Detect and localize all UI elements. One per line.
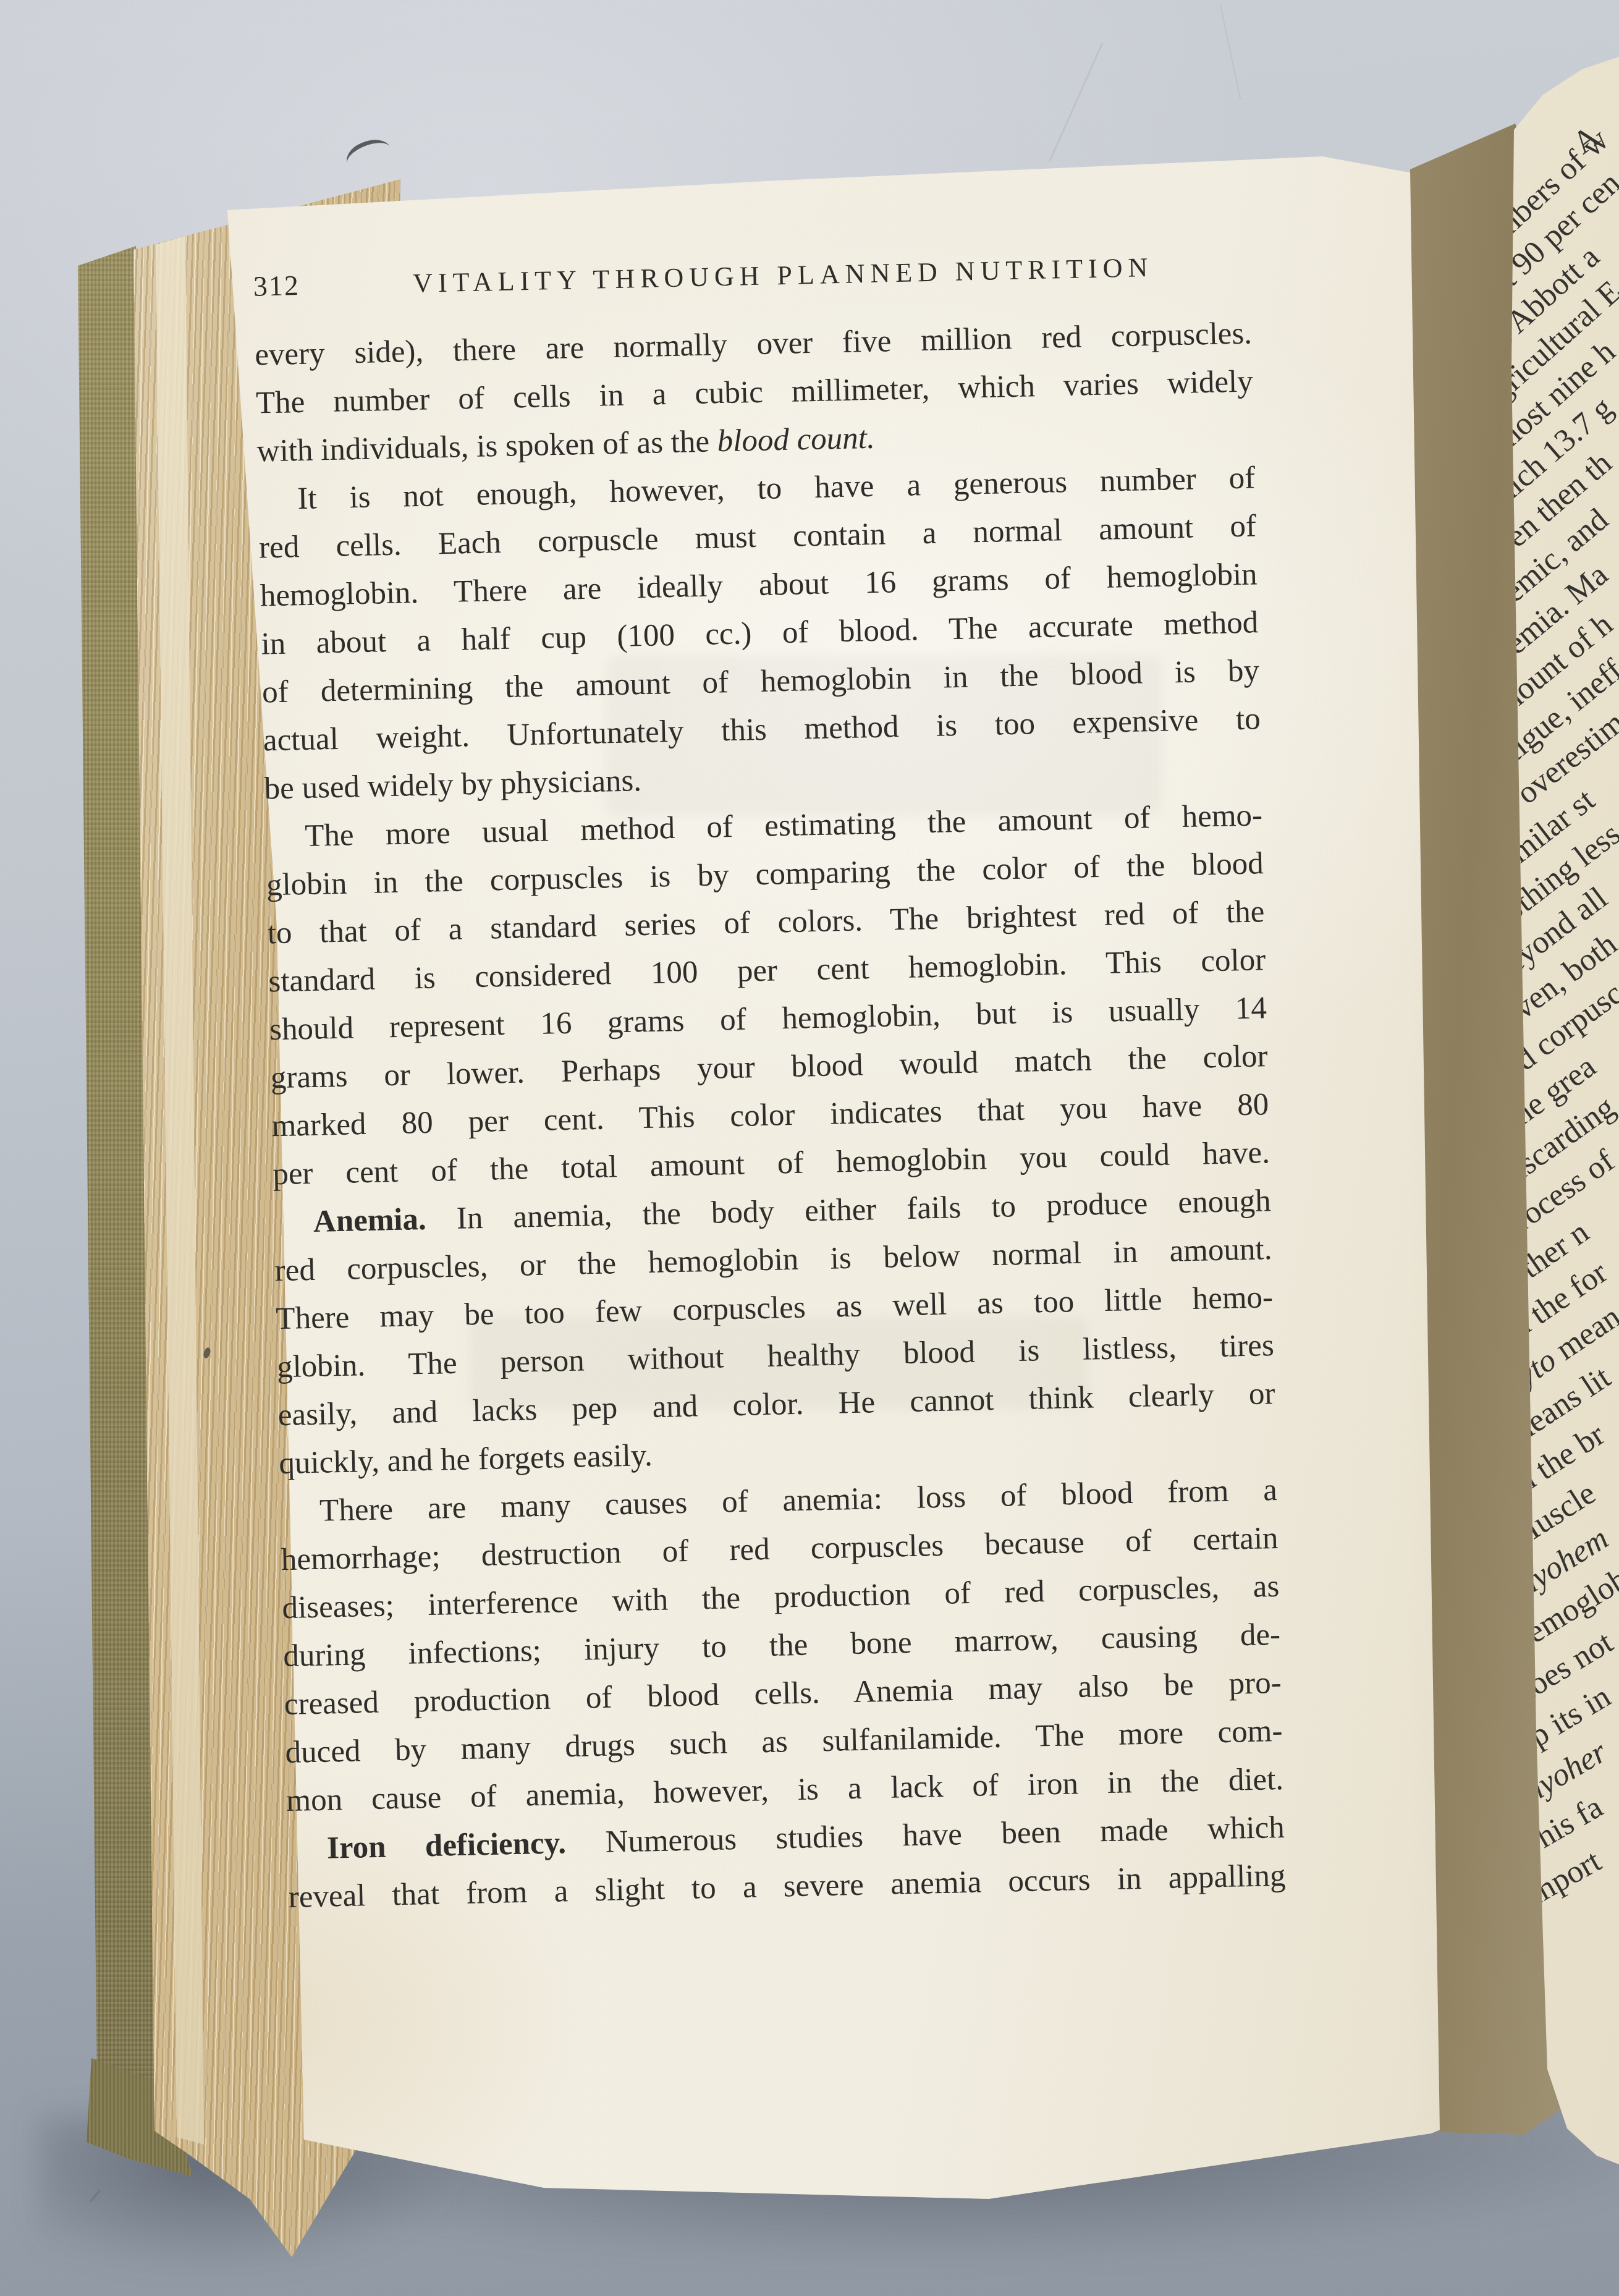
text-run: be used widely by physicians.: [264, 763, 642, 806]
text-run: with individuals, is spoken of as the: [256, 424, 717, 468]
text-run: Numerous studies have been made which: [565, 1810, 1285, 1860]
book-photo-scene: 312 VITALITY THROUGH PLANNED NUTRITION e…: [0, 0, 1619, 2296]
text-run: Anemia.: [313, 1202, 426, 1239]
surface-scratch: [1049, 42, 1103, 161]
surface-scratch: [1219, 4, 1241, 101]
left-page-text: 312 VITALITY THROUGH PLANNED NUTRITION e…: [253, 248, 1286, 1921]
page-number: 312: [253, 269, 300, 303]
body-text: every side), there are normally over fiv…: [255, 309, 1287, 1921]
text-run: blood count.: [717, 421, 875, 459]
text-run: quickly, and he forgets easily.: [279, 1438, 653, 1481]
surface-curl-mark: [342, 133, 396, 178]
text-run: Iron deficiency.: [326, 1826, 566, 1865]
